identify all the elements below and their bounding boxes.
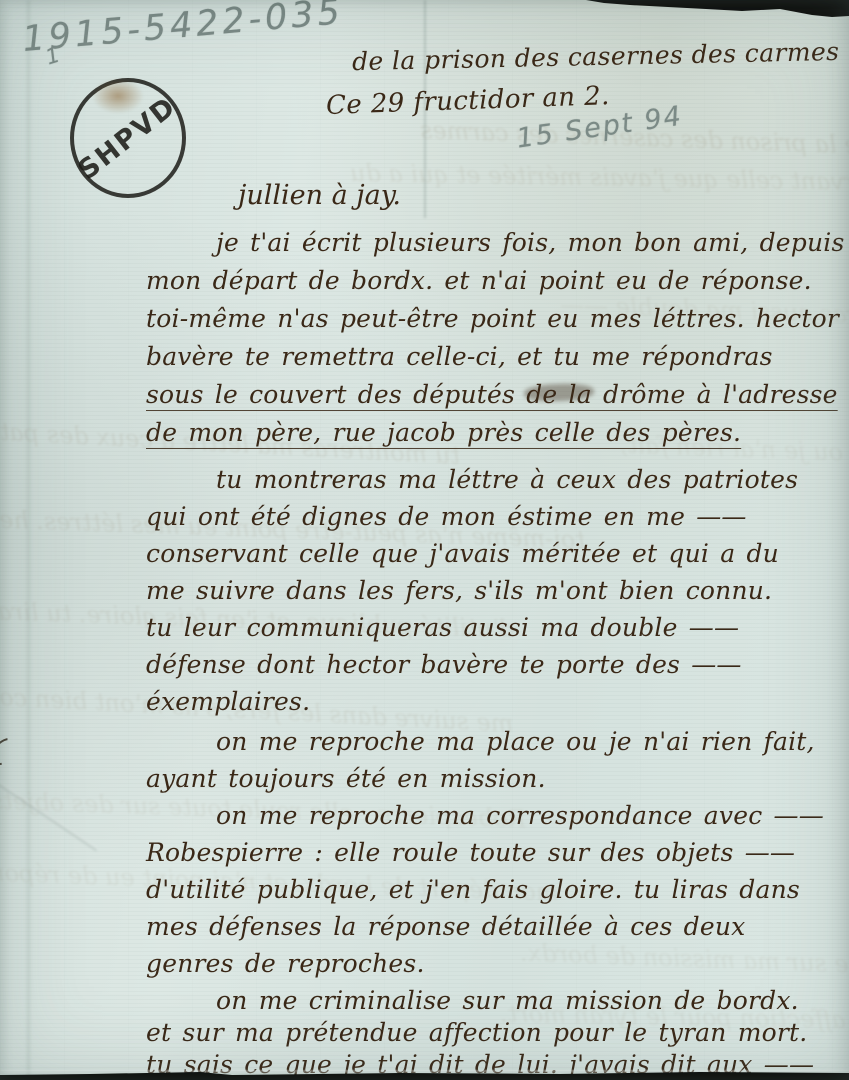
paragraph-2: tu montreras ma léttre à ceux des patrio… <box>146 461 822 720</box>
photo-background-top-edge <box>0 0 849 20</box>
letter-line: mes défenses la réponse détaillée à ces … <box>146 908 822 945</box>
letter-line: toi-même n'as peut-être point eu mes lét… <box>146 300 822 338</box>
letter-line-underlined: sous le couvert des députés de la drôme … <box>146 376 822 414</box>
paragraph-3: on me reproche ma place ou je n'ai rien … <box>146 723 822 797</box>
letter-line: éxemplaires. <box>146 683 822 720</box>
manuscript-letter-page: de la prison des casernes des carmescons… <box>0 0 849 1080</box>
letter-line: ayant toujours été en mission. <box>146 760 822 797</box>
paper-fold-left <box>27 0 30 1080</box>
letter-line: défense dont hector bavère te porte des … <box>146 646 822 683</box>
letter-line: tu montreras ma léttre à ceux des patrio… <box>146 461 822 498</box>
letter-line: Robespierre : elle roule toute sur des o… <box>146 834 822 871</box>
salutation: jullien à jay. <box>238 180 401 211</box>
paragraph-1: je t'ai écrit plusieurs fois, mon bon am… <box>146 224 822 452</box>
letter-line: d'utilité publique, et j'en fais gloire.… <box>146 871 822 908</box>
stray-ink-mark <box>0 733 23 770</box>
letter-line: me suivre dans les fers, s'ils m'ont bie… <box>146 572 822 609</box>
paragraph-4: on me reproche ma correspondance avec ——… <box>146 797 822 982</box>
letter-line: conservant celle que j'avais méritée et … <box>146 535 822 572</box>
photo-background-bottom-edge <box>0 1070 849 1080</box>
stain <box>92 78 144 114</box>
letterhead-date: Ce 29 fructidor an 2. <box>326 81 611 121</box>
letter-line: genres de reproches. <box>146 945 822 982</box>
paragraph-5: on me criminalise sur ma mission de bord… <box>146 985 822 1080</box>
paper-crease-diagonal <box>0 776 98 851</box>
letter-line: on me reproche ma place ou je n'ai rien … <box>146 723 822 760</box>
letter-body: je t'ai écrit plusieurs fois, mon bon am… <box>146 224 822 1080</box>
letter-line: qui ont été dignes de mon éstime en me —… <box>146 498 822 535</box>
letter-line: on me reproche ma correspondance avec —— <box>146 797 822 834</box>
letter-line: mon départ de bordx. et n'ai point eu de… <box>146 262 822 300</box>
letter-line: tu leur communiqueras aussi ma double —— <box>146 609 822 646</box>
letter-line: et sur ma prétendue affection pour le ty… <box>146 1017 822 1049</box>
letter-line: bavère te remettra celle-ci, et tu me ré… <box>146 338 822 376</box>
letter-line-underlined: de mon père, rue jacob près celle des pè… <box>146 414 822 452</box>
letter-line: je t'ai écrit plusieurs fois, mon bon am… <box>146 224 822 262</box>
letter-line: on me criminalise sur ma mission de bord… <box>146 985 822 1017</box>
